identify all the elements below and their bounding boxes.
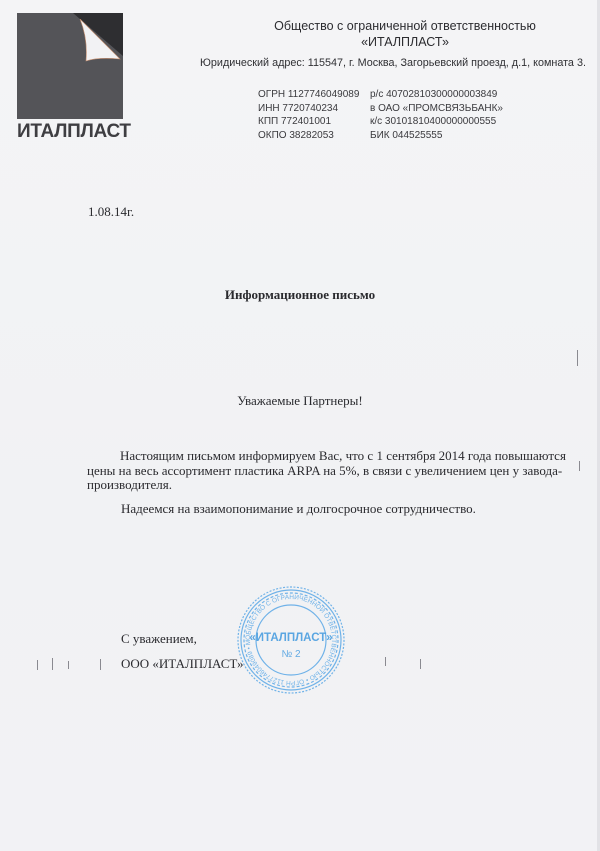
letter-title: Информационное письмо [0,287,600,303]
letter-date: 1.08.14г. [88,204,134,220]
requisite-bank: в ОАО «ПРОМСВЯЗЬБАНК» [370,102,503,116]
paragraph-1-text: Настоящим письмом информируем Вас, что с… [87,448,566,492]
company-stamp: ОБЩЕСТВО С ОГРАНИЧЕННОЙ ОТВЕТСТВЕННОСТЬЮ… [236,585,346,695]
scan-artifact [579,461,580,471]
scan-artifact [420,659,421,669]
requisite-inn: ИНН 7720740234 [258,102,359,116]
page-curl-icon [78,19,122,65]
scan-artifact [100,659,101,670]
letter-greeting: Уважаемые Партнеры! [0,393,600,409]
letter-page: ИТАЛПЛАСТ Общество с ограниченной ответс… [0,0,600,851]
logo-wordmark: ИТАЛПЛАСТ [17,121,123,143]
letter-closing: С уважением, [121,631,197,647]
scan-artifact [577,350,578,366]
requisite-corr-account: к/с 30101810400000000555 [370,115,503,129]
letter-paragraph-2: Надеемся на взаимопонимание и долгосрочн… [121,501,476,517]
scan-artifact [52,658,53,670]
company-full-name: Общество с ограниченной ответственностью [200,19,600,34]
letter-signature: ООО «ИТАЛПЛАСТ» [121,656,244,672]
requisite-okpo: ОКПО 38282053 [258,129,359,143]
stamp-number: № 2 [281,649,301,660]
legal-address: Юридический адрес: 115547, г. Москва, За… [200,57,586,69]
requisite-bik: БИК 044525555 [370,129,503,143]
requisites-left: ОГРН 1127746049089 ИНН 7720740234 КПП 77… [258,88,359,142]
scan-artifact [37,660,38,670]
requisites-right: р/с 40702810300000003849 в ОАО «ПРОМСВЯЗ… [370,88,503,142]
requisite-account: р/с 40702810300000003849 [370,88,503,102]
logo-square-icon [17,13,123,119]
company-short-name: «ИТАЛПЛАСТ» [200,35,600,49]
company-logo: ИТАЛПЛАСТ [17,13,123,143]
requisite-ogrn: ОГРН 1127746049089 [258,88,359,102]
requisite-kpp: КПП 772401001 [258,115,359,129]
scan-artifact [68,661,69,669]
stamp-center-text: «ИТАЛПЛАСТ» [249,632,332,644]
letter-paragraph-1: Настоящим письмом информируем Вас, что с… [87,449,587,493]
scan-artifact [385,657,386,666]
